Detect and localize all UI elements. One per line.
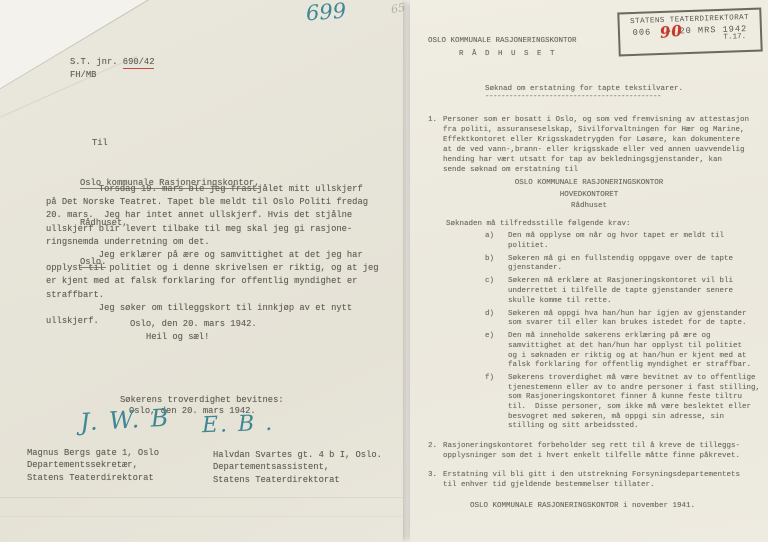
text-line: Søkeren må oppgi hva han/hun har igjen a… [508, 310, 747, 320]
text-line: Søkeren må gi en fullstendig oppgave ove… [508, 255, 733, 265]
text-line: til. Disse personer, som ikke må være be… [508, 403, 760, 413]
text-line: at de ved vann-,brann- eller krigsskade … [443, 145, 749, 155]
instruction-content: OSLO KOMMUNALE RASJONERINGSKONTOR R Å D … [428, 36, 760, 511]
signature-right: E. B . [202, 411, 275, 439]
text-line: opplyst til politiet og i denne skrivels… [46, 262, 396, 275]
requirement-f: f) Søkerens troverdighet må være bevitne… [485, 374, 760, 432]
requirement-e-label: e) [485, 332, 499, 370]
item-2-text: Rasjoneringskontoret forbeholder seg ret… [443, 441, 740, 461]
typist-initials: FH/MB [70, 69, 96, 82]
item-1-label: 1. [428, 115, 443, 175]
document-footer: OSLO KOMMUNALE RASJONERINGSKONTOR i nove… [470, 501, 760, 511]
text-line: som svarer til eller kan brukes istedet … [508, 319, 747, 329]
text-line: Søkerens troverdighet må være bevitnet a… [508, 374, 760, 384]
requirement-b-label: b) [485, 255, 499, 274]
text-line: er kjent med at falsk forklaring for off… [46, 275, 396, 288]
scanned-document: { "left_page": { "corner_number": "699",… [0, 0, 768, 542]
text-line: hending har vært utsatt for tap av bekle… [443, 155, 749, 165]
text-line: som Rasjoneringskontoret finner å kunne … [508, 393, 760, 403]
text-line: Statens Teaterdirektorat [213, 474, 382, 486]
text-line: Den må opplyse om når og hvor tapet er m… [508, 232, 724, 242]
item-2: 2. Rasjoneringskontoret forbeholder seg … [428, 441, 760, 461]
requirement-d-text: Søkeren må oppgi hva han/hun har igjen a… [508, 310, 747, 329]
item-1: 1. Personer som er bosatt i Oslo, og som… [428, 115, 760, 175]
item-1-text: Personer som er bosatt i Oslo, og som ve… [443, 115, 749, 175]
text-line: besvogret med søkeren, må oppgi sin adre… [508, 413, 760, 423]
requirement-f-label: f) [485, 374, 499, 432]
text-line: på Det Norske Teatret. Tapet ble meldt t… [46, 196, 396, 209]
text-line: HOVEDKONTORET [428, 190, 750, 202]
text-line: Magnus Bergs gate 1, Oslo [27, 447, 159, 459]
text-line: opplysninger som det i hvert enkelt tilf… [443, 451, 740, 461]
requirement-d: d) Søkeren må oppgi hva han/hun har igje… [485, 310, 760, 329]
text-line: Søkeren må erklære at Rasjoneringskontor… [508, 277, 733, 287]
requirement-e-text: Den må inneholde søkerens erklæring på æ… [508, 332, 751, 370]
text-line: Torsdag 19. mars ble jeg frastjålet mitt… [46, 183, 396, 196]
text-line: Den må inneholde søkerens erklæring på æ… [508, 332, 751, 342]
text-line: politiet. [508, 242, 724, 252]
requirement-c-label: c) [485, 277, 499, 306]
text-line: sende søknad om erstatning til [443, 165, 749, 175]
witness-left-details: Magnus Bergs gate 1, OsloDepartementssek… [27, 447, 159, 484]
text-line: Statens Teaterdirektorat [27, 472, 159, 484]
text-line: stilling og sitt arbeidssted. [508, 422, 760, 432]
requirement-a: a) Den må opplyse om når og hvor tapet e… [485, 232, 760, 251]
requirement-a-text: Den må opplyse om når og hvor tapet er m… [508, 232, 724, 251]
text-line: 20. mars. Jeg har intet annet ullskjerf.… [46, 209, 396, 222]
text-line: tjenestemenn eller av to andre personer … [508, 384, 760, 394]
pencil-mark: 65 [390, 1, 406, 17]
text-line: samvittighet at det han/hun har opplyst … [508, 342, 751, 352]
text-line: ullskjerf blir levert tilbake til meg sk… [46, 223, 396, 236]
text-line: Halvdan Svartes gt. 4 b I, Oslo. [213, 449, 382, 461]
item-3-label: 3. [428, 470, 443, 490]
requirement-e: e) Den må inneholde søkerens erklæring p… [485, 332, 760, 370]
letter-date-line: Oslo, den 20. mars 1942. [130, 318, 257, 331]
requirement-c: c) Søkeren må erklære at Rasjoneringskon… [485, 277, 760, 306]
title-underline: ----------------------------------------… [485, 92, 760, 102]
text-line: Personer som er bosatt i Oslo, og som ve… [443, 115, 749, 125]
reference-number: 690/42 [123, 57, 155, 69]
text-line: straffbart. [46, 289, 396, 302]
requirements-list: a) Den må opplyse om når og hvor tapet e… [485, 232, 760, 432]
requirement-b-text: Søkeren må gi en fullstendig oppgave ove… [508, 255, 733, 274]
item-3: 3. Erstatning vil bli gitt i den utstrek… [428, 470, 760, 490]
org-subtitle: R Å D H U S E T [459, 49, 760, 59]
text-line: falsk forklaring for offentlig myndighet… [508, 361, 751, 371]
text-line: Jeg erklærer på ære og samvittighet at d… [46, 249, 396, 262]
text-line: skulle komme til rette. [508, 297, 733, 307]
requirements-intro: Søknaden må tilfredsstille følgende krav… [446, 219, 760, 229]
text-line: fra politi, assuranseselskap, Sivilforva… [443, 125, 749, 135]
text-line: Effektkontoret eller Krigsskadetrygden f… [443, 135, 749, 145]
requirement-b: b) Søkeren må gi en fullstendig oppgave … [485, 255, 760, 274]
item-3-text: Erstatning vil bli gitt i den utstreknin… [443, 470, 740, 490]
text-line: OSLO KOMMUNALE RASJONERINGSKONTOR [428, 178, 750, 190]
requirement-d-label: d) [485, 310, 499, 329]
text-line: til enhver tid gjeldende bestemmelser ti… [443, 480, 740, 490]
text-line: Rådhuset [428, 201, 750, 213]
reference-line: S.T. jnr. 690/42 [70, 56, 154, 69]
instruction-page: STATENS TEATERDIREKTORAT 00690· 20 MRS 1… [410, 0, 768, 542]
office-address-block: OSLO KOMMUNALE RASJONERINGSKONTORHOVEDKO… [428, 178, 750, 213]
text-line: Departementsassistent, [213, 461, 382, 473]
letter-body: Torsdag 19. mars ble jeg frastjålet mitt… [46, 183, 396, 328]
requirement-c-text: Søkeren må erklære at Rasjoneringskontor… [508, 277, 733, 306]
letter-salute: Heil og sæl! [146, 331, 209, 344]
horizontal-crease [0, 497, 403, 498]
text-line: og i søknaden er riktig og at han/hun er… [508, 352, 751, 362]
item-2-label: 2. [428, 441, 443, 461]
recipient-to-label: Til [92, 137, 260, 150]
reference-prefix: S.T. jnr. [70, 57, 123, 67]
letter-page: 699 S.T. jnr. 690/42 FH/MB Til Oslo komm… [0, 0, 403, 542]
requirement-f-text: Søkerens troverdighet må være bevitnet a… [508, 374, 760, 432]
text-line: underrettet i tilfelle de tapte gjenstan… [508, 287, 733, 297]
horizontal-crease [0, 516, 403, 517]
text-line: Departementssekretær, [27, 459, 159, 471]
signature-left: J. W. B [79, 404, 171, 437]
witness-right-details: Halvdan Svartes gt. 4 b I, Oslo.Departem… [213, 449, 382, 486]
text-line: Erstatning vil bli gitt i den utstreknin… [443, 470, 740, 480]
requirement-a-label: a) [485, 232, 499, 251]
org-name: OSLO KOMMUNALE RASJONERINGSKONTOR [428, 36, 760, 46]
text-line: gjenstander. [508, 264, 733, 274]
text-line: Jeg søker om tilleggskort til innkjøp av… [46, 302, 396, 315]
handwritten-archive-number: 699 [305, 0, 347, 25]
text-line: Rasjoneringskontoret forbeholder seg ret… [443, 441, 740, 451]
text-line: ringsnemda underretning om det. [46, 236, 396, 249]
